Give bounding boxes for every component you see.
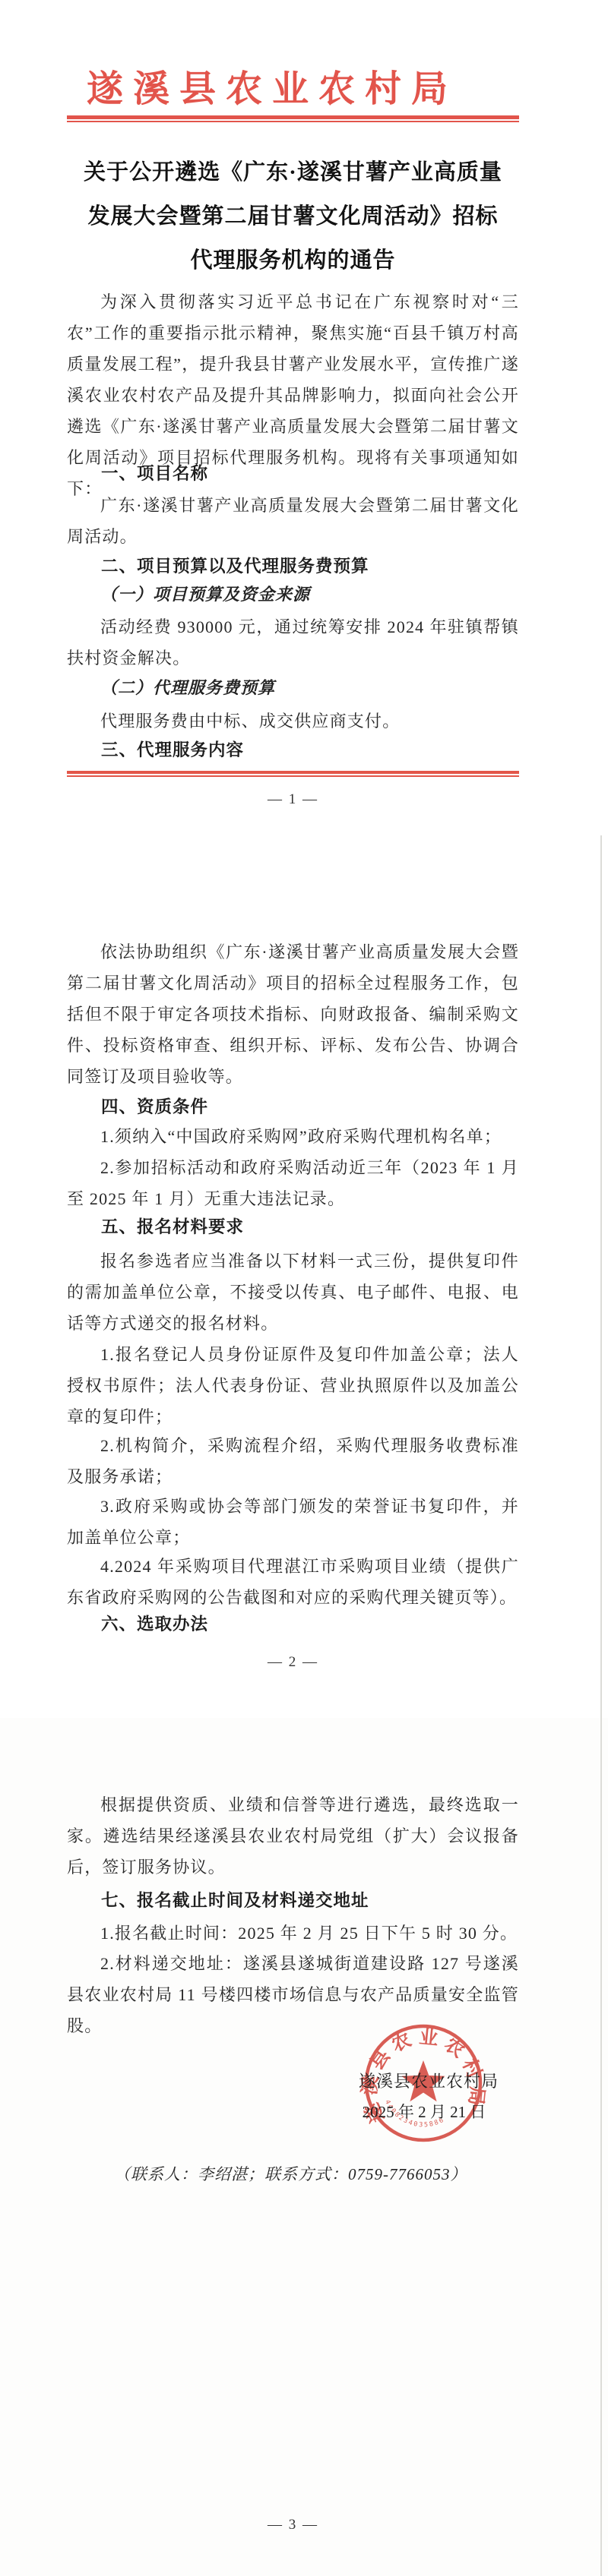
page-1: 遂溪县农业农村局 关于公开遴选《广东·遂溪甘薯产业高质量 发展大会暨第二届甘薯文… [0, 0, 608, 904]
service-scope-paragraph: 依法协助组织《广东·遂溪甘薯产业高质量发展大会暨第二届甘薯文化周活动》项目的招标… [67, 936, 519, 1092]
deadline-item-1: 1.报名截止时间：2025 年 2 月 25 日下午 5 时 30 分。 [67, 1918, 519, 1949]
qualification-item-1: 1.须纳入“中国政府采购网”政府采购代理机构名单； [67, 1121, 519, 1152]
section-4-heading: 四、资质条件 [67, 1096, 519, 1119]
material-item-1: 1.报名登记人员身份证原件及复印件加盖公章；法人授权书原件；法人代表身份证、营业… [67, 1339, 519, 1432]
scan-right-edge [600, 835, 602, 2576]
page-number-1: — 1 — [67, 791, 519, 808]
section-2-1-subheading: （一）项目预算及资金来源 [67, 583, 519, 606]
doc-title: 关于公开遴选《广东·遂溪甘薯产业高质量 发展大会暨第二届甘薯文化周活动》招标 代… [67, 150, 519, 283]
header-double-rule [67, 115, 519, 122]
material-intro-paragraph: 报名参选者应当准备以下材料一式三份，提供复印件的需加盖单位公章，不接受以传真、电… [67, 1245, 519, 1339]
agency-header: 遂溪县农业农村局 [67, 59, 477, 112]
section-7-heading: 七、报名截止时间及材料递交地址 [67, 1889, 519, 1912]
issuer-name: 遂溪县农业农村局 [359, 2069, 494, 2092]
selection-method-paragraph: 根据提供资质、业绩和信誉等进行遴选，最终选取一家。遴选结果经遂溪县农业农村局党组… [67, 1789, 519, 1883]
page-number-2: — 2 — [67, 1654, 519, 1671]
section-1-heading: 一、项目名称 [67, 462, 519, 485]
agency-fee-paragraph: 代理服务费由中标、成交供应商支付。 [67, 706, 519, 737]
budget-paragraph: 活动经费 930000 元，通过统筹安排 2024 年驻镇帮镇扶村资金解决。 [67, 611, 519, 674]
page-number-3: — 3 — [67, 2517, 519, 2533]
material-item-4: 4.2024 年采购项目代理湛江市采购项目业绩（提供广东省政府采购网的公告截图和… [67, 1551, 519, 1613]
doc-title-line-2: 发展大会暨第二届甘薯文化周活动》招标 [67, 194, 519, 238]
doc-title-line-1: 关于公开遴选《广东·遂溪甘薯产业高质量 [67, 150, 519, 194]
material-item-3: 3.政府采购或协会等部门颁发的荣誉证书复印件，并加盖单位公章； [67, 1491, 519, 1553]
project-name-paragraph: 广东·遂溪甘薯产业高质量发展大会暨第二届甘薯文化周活动。 [67, 490, 519, 552]
section-2-2-subheading: （二）代理服务费预算 [67, 677, 519, 699]
page1-red-rule [67, 771, 519, 777]
section-5-heading: 五、报名材料要求 [67, 1216, 519, 1239]
page-3: 根据提供资质、业绩和信誉等进行遴选，最终选取一家。遴选结果经遂溪县农业农村局党组… [0, 1718, 608, 2576]
material-item-2: 2.机构简介，采购流程介绍，采购代理服务收费标准及服务承诺； [67, 1430, 519, 1492]
page-2: 依法协助组织《广东·遂溪甘薯产业高质量发展大会暨第二届甘薯文化周活动》项目的招标… [0, 904, 608, 1718]
contact-line: （联系人：李绍湛；联系方式：0759-7766053） [114, 2162, 467, 2185]
qualification-item-2: 2.参加招标活动和政府采购活动近三年（2023 年 1 月至 2025 年 1 … [67, 1152, 519, 1214]
doc-title-line-3: 代理服务机构的通告 [67, 238, 519, 283]
section-6-heading: 六、选取办法 [67, 1613, 519, 1636]
issue-date: 2025 年 2 月 21 日 [356, 2100, 492, 2123]
section-2-heading: 二、项目预算以及代理服务费预算 [67, 555, 519, 578]
section-3-heading: 三、代理服务内容 [67, 739, 519, 762]
